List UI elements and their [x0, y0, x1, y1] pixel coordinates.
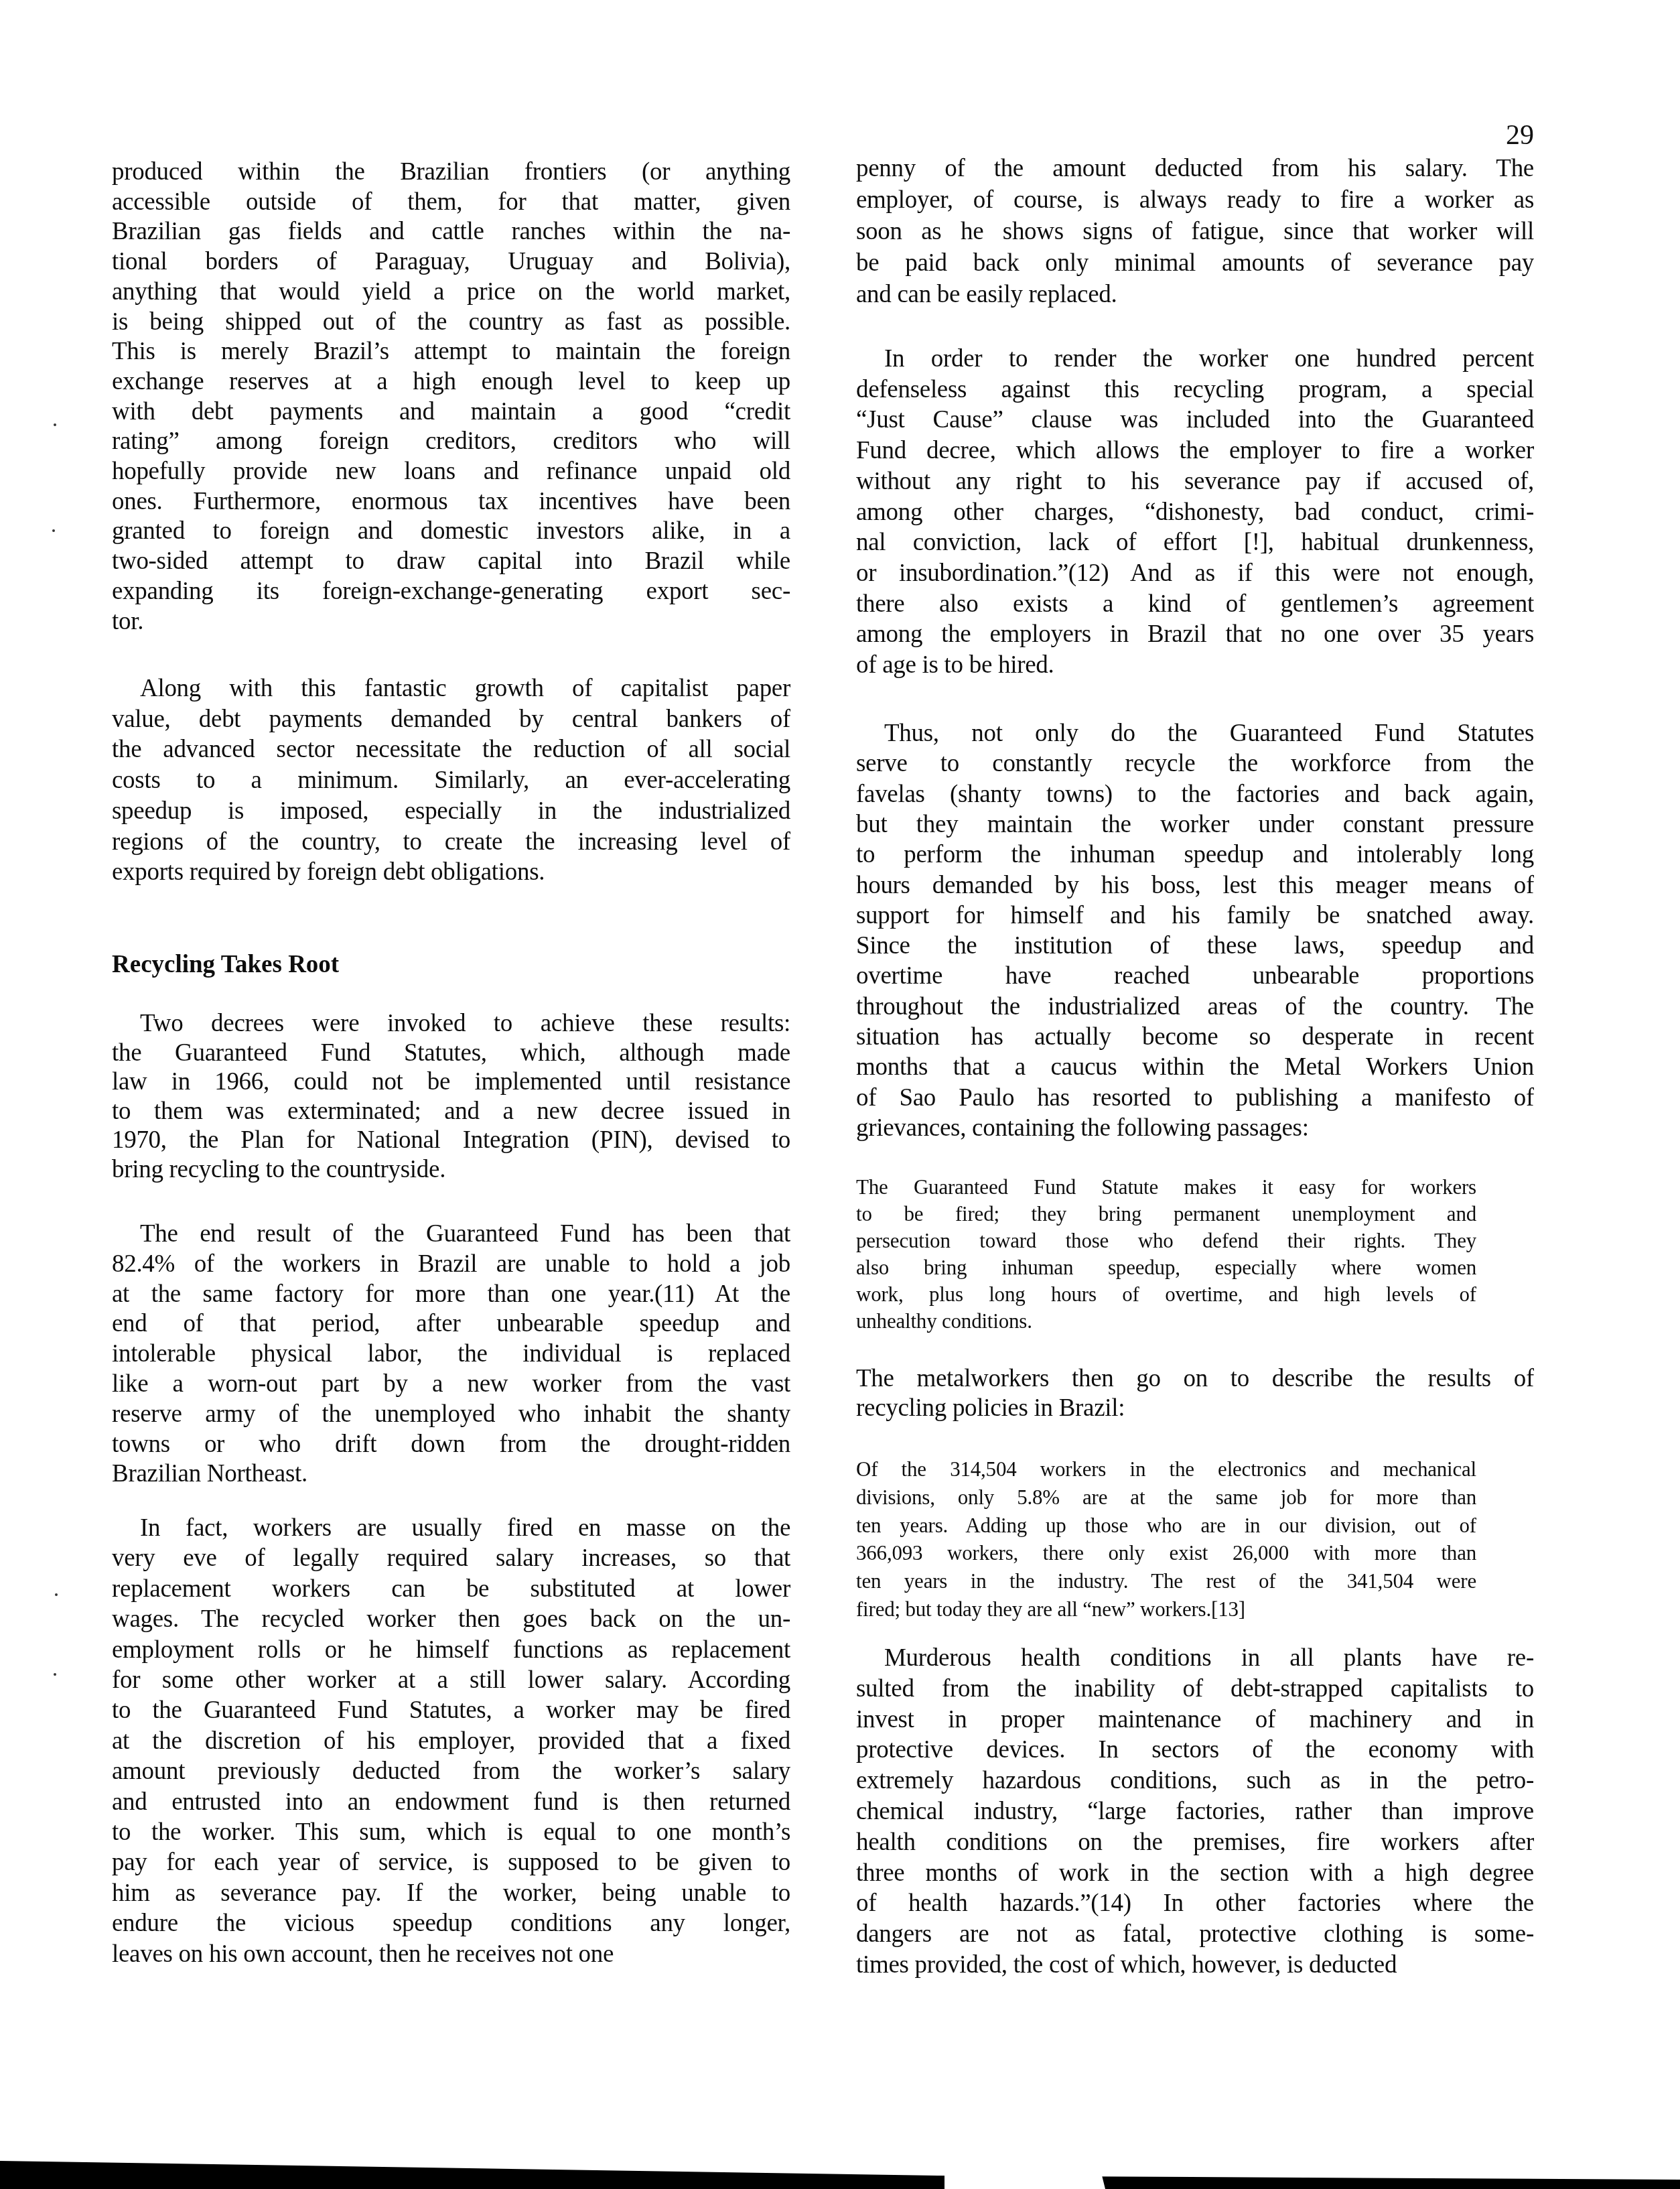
text-line: reserve army of the unemployed who inhab… — [112, 1401, 790, 1428]
text-line: nal conviction, lack of effort [!], habi… — [856, 529, 1534, 556]
text-line: at the discretion of his employer, provi… — [112, 1728, 790, 1755]
text-line: divisions, only 5.8% are at the same job… — [856, 1484, 1476, 1511]
text-line: overtime have reached unbearable proport… — [856, 963, 1534, 990]
text-line: for some other worker at a still lower s… — [112, 1667, 790, 1694]
text-line: defenseless against this recycling progr… — [856, 377, 1534, 403]
text-line: protective devices. In sectors of the ec… — [856, 1737, 1534, 1764]
text-line: 366,093 workers, there only exist 26,000… — [856, 1540, 1476, 1567]
text-line: Since the institution of these laws, spe… — [856, 933, 1534, 959]
text-line: Brazilian gas fields and cattle ranches … — [112, 218, 790, 245]
text-line: times provided, the cost of which, howev… — [856, 1952, 1534, 1979]
text-line: grievances, containing the following pas… — [856, 1115, 1534, 1142]
text-line: “Just Cause” clause was included into th… — [856, 407, 1534, 434]
text-line: among other charges, “dishonesty, bad co… — [856, 499, 1534, 526]
text-line: the Guaranteed Fund Statutes, which, alt… — [112, 1040, 790, 1067]
text-line: but they maintain the worker under const… — [856, 811, 1534, 838]
text-line: endure the vicious speedup conditions an… — [112, 1910, 790, 1937]
text-line: hours demanded by his boss, lest this me… — [856, 872, 1534, 899]
text-line: Brazilian Northeast. — [112, 1461, 790, 1487]
scan-speck — [54, 1673, 56, 1676]
text-line: intolerable physical labor, the individu… — [112, 1341, 790, 1368]
text-line: This is merely Brazil’s attempt to maint… — [112, 338, 790, 365]
text-line: unhealthy conditions. — [856, 1308, 1476, 1335]
section-heading: Recycling Takes Root — [112, 950, 339, 979]
text-line: and entrusted into an endowment fund is … — [112, 1789, 790, 1816]
text-line: costs to a minimum. Similarly, an ever-a… — [112, 767, 790, 794]
text-line: speedup is imposed, especially in the in… — [112, 798, 790, 825]
text-line: support for himself and his family be sn… — [856, 903, 1534, 929]
text-line: replacement workers can be substituted a… — [112, 1576, 790, 1603]
text-line: work, plus long hours of overtime, and h… — [856, 1281, 1476, 1308]
text-line: Murderous health conditions in all plant… — [856, 1645, 1534, 1672]
text-line: Along with this fantastic growth of capi… — [112, 675, 790, 702]
text-line: of age is to be hired. — [856, 652, 1534, 679]
text-line: produced within the Brazilian frontiers … — [112, 159, 790, 186]
text-line: The Guaranteed Fund Statute makes it eas… — [856, 1174, 1476, 1201]
text-line: exchange reserves at a high enough level… — [112, 369, 790, 395]
text-line: or insubordination.”(12) And as if this … — [856, 560, 1534, 587]
text-line: expanding its foreign-exchange-generatin… — [112, 578, 790, 605]
text-line: be paid back only minimal amounts of sev… — [856, 250, 1534, 277]
text-line: end of that period, after unbearable spe… — [112, 1311, 790, 1337]
page-number: 29 — [1506, 119, 1534, 151]
text-line: like a worn-out part by a new worker fro… — [112, 1371, 790, 1398]
text-line: hopefully provide new loans and refinanc… — [112, 458, 790, 485]
text-line: to them was exterminated; and a new decr… — [112, 1098, 790, 1125]
text-line: among the employers in Brazil that no on… — [856, 621, 1534, 648]
text-line: recycling policies in Brazil: — [856, 1395, 1534, 1422]
text-line: dangers are not as fatal, protective clo… — [856, 1921, 1534, 1948]
text-line: leaves on his own account, then he recei… — [112, 1941, 790, 1968]
text-line: him as severance pay. If the worker, bei… — [112, 1880, 790, 1907]
text-line: with debt payments and maintain a good “… — [112, 399, 790, 425]
text-line: 82.4% of the workers in Brazil are unabl… — [112, 1251, 790, 1278]
text-line: In fact, workers are usually fired en ma… — [112, 1515, 790, 1542]
text-line: situation has actually become so despera… — [856, 1024, 1534, 1051]
text-line: extremely hazardous conditions, such as … — [856, 1768, 1534, 1794]
text-line: accessible outside of them, for that mat… — [112, 189, 790, 216]
text-line: Fund decree, which allows the employer t… — [856, 438, 1534, 464]
text-line: amount previously deducted from the work… — [112, 1758, 790, 1785]
text-line: penny of the amount deducted from his sa… — [856, 155, 1534, 182]
scan-speck — [54, 423, 56, 426]
text-line: sulted from the inability of debt-strapp… — [856, 1676, 1534, 1703]
text-line: and can be easily replaced. — [856, 281, 1534, 308]
text-line: also bring inhuman speedup, especially w… — [856, 1254, 1476, 1281]
text-line: ones. Furthermore, enormous tax incentiv… — [112, 488, 790, 515]
text-line: pay for each year of service, is suppose… — [112, 1849, 790, 1876]
text-line: throughout the industrialized areas of t… — [856, 994, 1534, 1020]
text-line: employer, of course, is always ready to … — [856, 187, 1534, 214]
scan-bottom-edge — [0, 2161, 1680, 2189]
text-line: Two decrees were invoked to achieve thes… — [112, 1010, 790, 1037]
text-line: regions of the country, to create the in… — [112, 829, 790, 856]
text-line: tor. — [112, 608, 790, 635]
text-line: ten years. Adding up those who are in ou… — [856, 1512, 1476, 1539]
text-line: favelas (shanty towns) to the factories … — [856, 781, 1534, 808]
text-line: months that a caucus within the Metal Wo… — [856, 1054, 1534, 1081]
text-line: at the same factory for more than one ye… — [112, 1281, 790, 1308]
text-line: soon as he shows signs of fatigue, since… — [856, 218, 1534, 245]
text-line: serve to constantly recycle the workforc… — [856, 750, 1534, 777]
text-line: value, debt payments demanded by central… — [112, 706, 790, 733]
text-line: 1970, the Plan for National Integration … — [112, 1127, 790, 1154]
text-line: invest in proper maintenance of machiner… — [856, 1707, 1534, 1733]
scan-speck — [52, 529, 55, 532]
scan-bottom-notch — [944, 2176, 1105, 2189]
text-line: to the Guaranteed Fund Statutes, a worke… — [112, 1697, 790, 1724]
text-line: law in 1966, could not be implemented un… — [112, 1069, 790, 1096]
text-line: is being shipped out of the country as f… — [112, 309, 790, 336]
scanned-page: 29 produced within the Brazilian frontie… — [0, 0, 1680, 2189]
text-line: employment rolls or he himself functions… — [112, 1637, 790, 1664]
text-line: bring recycling to the countryside. — [112, 1156, 790, 1183]
text-line: three months of work in the section with… — [856, 1860, 1534, 1887]
text-line: health conditions on the premises, fire … — [856, 1829, 1534, 1856]
text-line: Thus, not only do the Guaranteed Fund St… — [856, 720, 1534, 747]
text-line: very eve of legally required salary incr… — [112, 1545, 790, 1572]
text-line: to perform the inhuman speedup and intol… — [856, 842, 1534, 868]
text-line: The metalworkers then go on to describe … — [856, 1366, 1534, 1392]
text-line: chemical industry, “large factories, rat… — [856, 1798, 1534, 1825]
text-line: Of the 314,504 workers in the electronic… — [856, 1456, 1476, 1483]
text-line: there also exists a kind of gentlemen’s … — [856, 591, 1534, 618]
text-line: of health hazards.”(14) In other factori… — [856, 1890, 1534, 1917]
text-line: granted to foreign and domestic investor… — [112, 518, 790, 545]
text-line: anything that would yield a price on the… — [112, 279, 790, 306]
text-line: rating” among foreign creditors, credito… — [112, 428, 790, 455]
text-line: ten years in the industry. The rest of t… — [856, 1568, 1476, 1595]
text-line: wages. The recycled worker then goes bac… — [112, 1606, 790, 1633]
text-line: the advanced sector necessitate the redu… — [112, 736, 790, 763]
scan-speck — [55, 1593, 58, 1596]
text-line: The end result of the Guaranteed Fund ha… — [112, 1221, 790, 1248]
text-line: exports required by foreign debt obligat… — [112, 859, 790, 886]
text-line: without any right to his severance pay i… — [856, 468, 1534, 495]
text-line: persecution toward those who defend thei… — [856, 1228, 1476, 1254]
text-line: of Sao Paulo has resorted to publishing … — [856, 1085, 1534, 1112]
text-line: In order to render the worker one hundre… — [856, 346, 1534, 373]
text-line: towns or who drift down from the drought… — [112, 1431, 790, 1458]
text-line: to the worker. This sum, which is equal … — [112, 1819, 790, 1846]
text-line: to be fired; they bring permanent unempl… — [856, 1201, 1476, 1228]
text-line: tional borders of Paraguay, Uruguay and … — [112, 249, 790, 275]
text-line: fired; but today they are all “new” work… — [856, 1596, 1476, 1623]
text-line: two-sided attempt to draw capital into B… — [112, 548, 790, 575]
